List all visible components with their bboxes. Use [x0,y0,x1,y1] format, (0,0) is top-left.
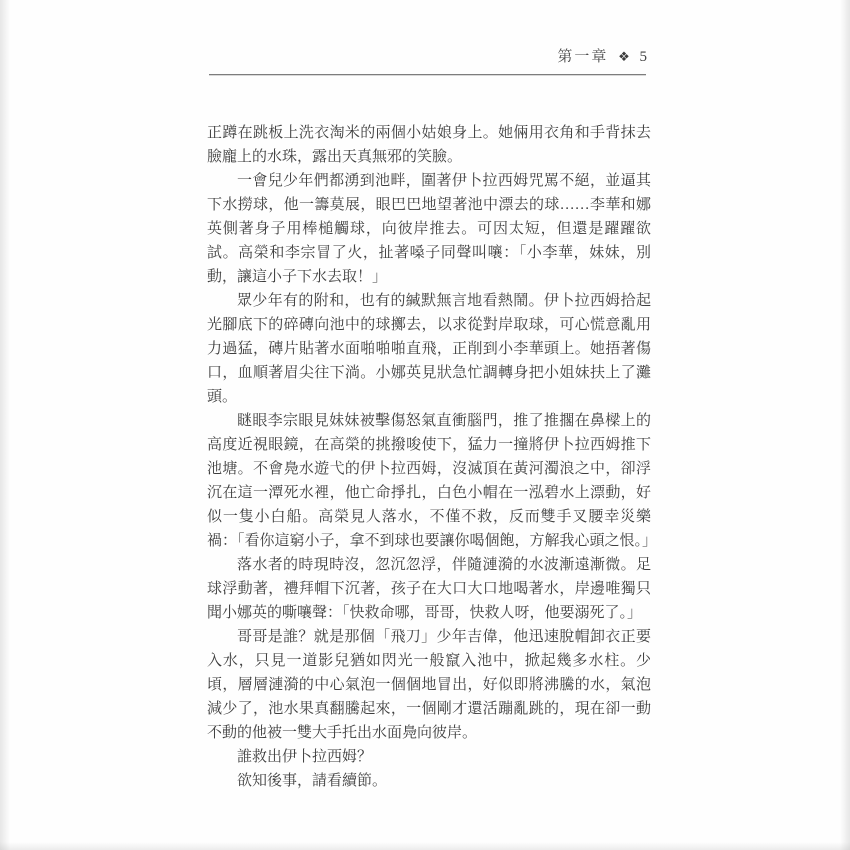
paragraph: 誰救出伊卜拉西姆？ [207,745,651,769]
paragraph: 瞇眼李宗眼見妹妹被擊傷怒氣直衝腦門，推了推擱在鼻樑上的高度近視眼鏡，在高榮的挑撥… [207,409,651,553]
diamond-ornament-icon: ❖ [618,49,630,65]
header-rule [209,74,646,76]
scan-edge-bottom [0,842,850,850]
body-text: 正蹲在跳板上洗衣淘米的兩個小姑娘身上。她倆用衣角和手背抹去臉龐上的水珠，露出天真… [207,121,651,793]
scan-edge-left [0,0,10,850]
scan-edge-right [840,0,850,850]
page-number: 5 [640,49,648,65]
book-page: 第一章 ❖ 5 正蹲在跳板上洗衣淘米的兩個小姑娘身上。她倆用衣角和手背抹去臉龐上… [0,0,850,850]
paragraph: 眾少年有的附和，也有的緘默無言地看熱鬧。伊卜拉西姆拾起光腳底下的碎磚向池中的球擲… [207,289,651,409]
chapter-title: 第一章 [557,49,608,65]
paragraph: 欲知後事，請看續節。 [207,769,651,793]
paragraph: 正蹲在跳板上洗衣淘米的兩個小姑娘身上。她倆用衣角和手背抹去臉龐上的水珠，露出天真… [207,121,651,169]
paragraph: 落水者的時現時沒，忽沉忽浮，伴隨漣漪的水波漸遠漸微。足球浮動著，禮拜帽下沉著，孩… [207,553,651,625]
paragraph: 哥哥是誰？就是那個「飛刀」少年吉偉，他迅速脫帽卸衣正要入水，只見一道影兒猶如閃光… [207,625,651,745]
running-header: 第一章 ❖ 5 [207,45,647,66]
paragraph: 一會兒少年們都湧到池畔，圍著伊卜拉西姆咒罵不絕，並逼其下水撈球，他一籌莫展，眼巴… [207,169,651,289]
